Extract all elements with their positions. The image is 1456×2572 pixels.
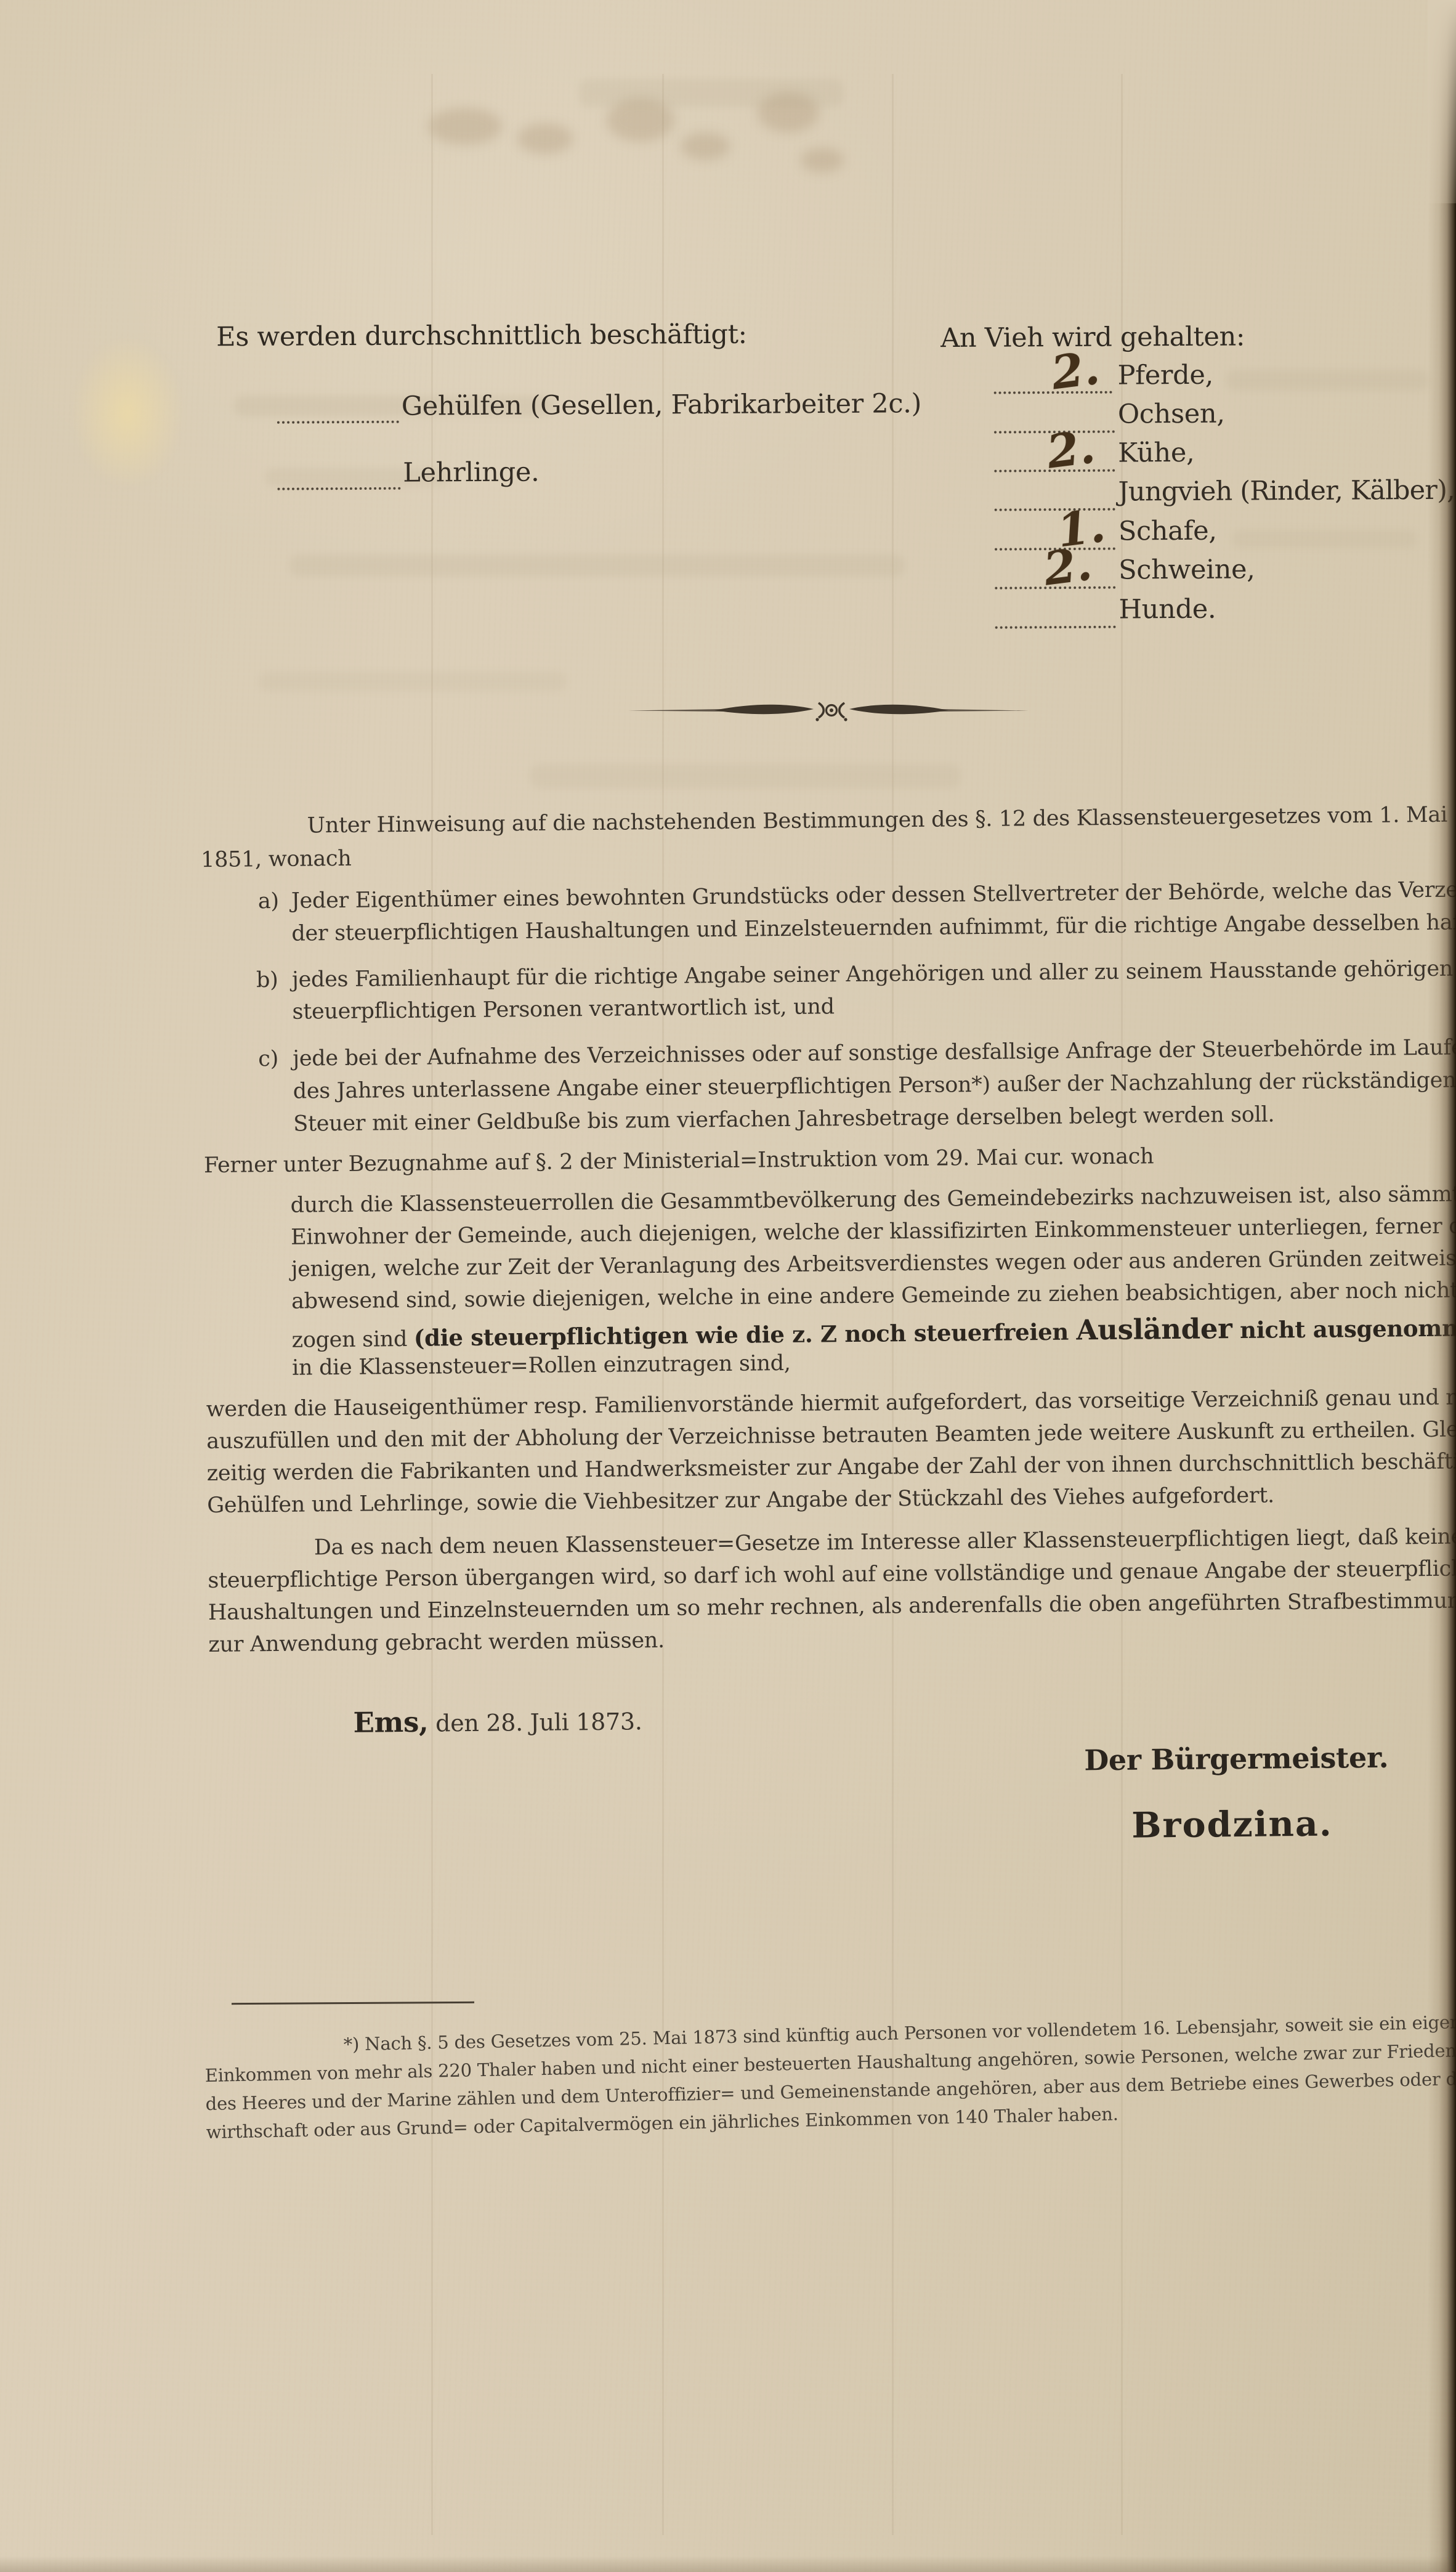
page-right-edge-fade: [1428, 0, 1456, 203]
page-bottom-edge-shadow: [0, 2556, 1456, 2572]
footnote-block: *) Nach §. 5 des Gesetzes vom 25. Mai 18…: [0, 0, 1456, 2572]
page-right-edge-shadow: [1428, 0, 1456, 2572]
scanned-document-page: Es werden durchschnittlich beschäftigt: …: [0, 0, 1456, 2572]
